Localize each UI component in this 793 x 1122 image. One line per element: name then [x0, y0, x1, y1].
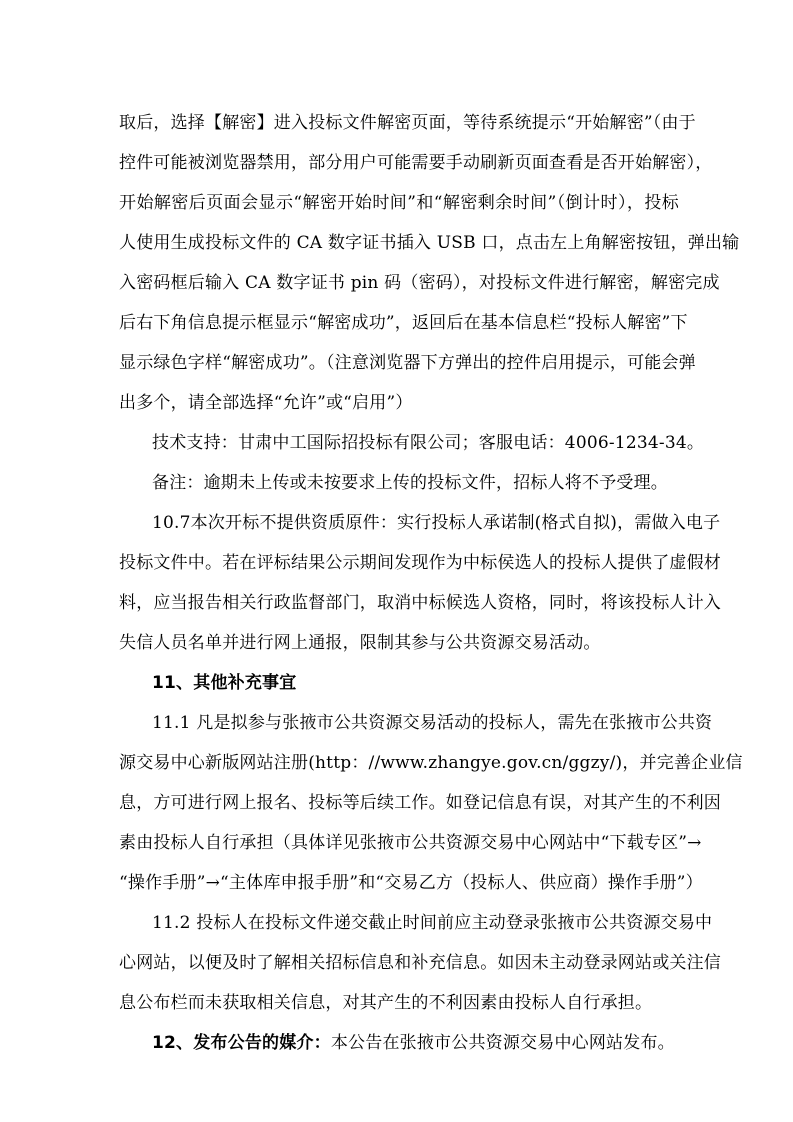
- text-line: 10.7本次开标不提供资质原件：实行投标人承诺制(格式自拟)，需做入电子: [152, 513, 679, 533]
- text-line: 人使用生成投标文件的 CA 数字证书插入 USB 口，点击左上角解密按钮，弹出输: [119, 233, 679, 253]
- text-line: 后右下角信息提示框显示“解密成功”，返回后在基本信息栏“投标人解密”下: [119, 313, 679, 333]
- text-line: 控件可能被浏览器禁用，部分用户可能需要手动刷新页面查看是否开始解密），: [119, 153, 679, 173]
- text-line: 息，方可进行网上报名、投标等后续工作。如登记信息有误，对其产生的不利因: [119, 793, 679, 813]
- text-line: 备注：逾期未上传或未按要求上传的投标文件，招标人将不予受理。: [152, 473, 712, 493]
- document-page: 取后，选择【解密】进入投标文件解密页面，等待系统提示“开始解密”（由于控件可能被…: [0, 0, 793, 1122]
- text-line: 显示绿色字样“解密成功”。（注意浏览器下方弹出的控件启用提示，可能会弹: [119, 353, 679, 373]
- section-12-text: 本公告在张掖市公共资源交易中心网站发布。: [331, 1033, 675, 1053]
- section-12-paragraph: 12、发布公告的媒介：本公告在张掖市公共资源交易中心网站发布。: [152, 1033, 712, 1053]
- text-line: 素由投标人自行承担（具体详见张掖市公共资源交易中心网站中“下载专区”→: [119, 833, 679, 853]
- text-line: 开始解密后页面会显示“解密开始时间”和“解密剩余时间”（倒计时），投标: [119, 193, 679, 213]
- section-11-heading: 11、其他补充事宜: [152, 673, 712, 693]
- section-12-heading: 12、发布公告的媒介：: [152, 1033, 331, 1053]
- text-line: 出多个，请全部选择“允许”或“启用”）: [119, 393, 679, 413]
- text-line: 11.1 凡是拟参与张掖市公共资源交易活动的投标人，需先在张掖市公共资: [152, 713, 679, 733]
- text-line: 息公布栏而未获取相关信息，对其产生的不利因素由投标人自行承担。: [119, 993, 679, 1013]
- text-line: 料，应当报告相关行政监督部门，取消中标候选人资格，同时，将该投标人计入: [119, 593, 679, 613]
- text-line: 源交易中心新版网站注册(http：//www.zhangye.gov.cn/gg…: [119, 753, 679, 773]
- text-line: 技术支持：甘肃中工国际招投标有限公司；客服电话：4006-1234-34。: [152, 433, 712, 453]
- text-line: 投标文件中。若在评标结果公示期间发现作为中标侯选人的投标人提供了虚假材: [119, 553, 679, 573]
- text-line: 取后，选择【解密】进入投标文件解密页面，等待系统提示“开始解密”（由于: [119, 113, 679, 133]
- text-line: 11.2 投标人在投标文件递交截止时间前应主动登录张掖市公共资源交易中: [152, 913, 679, 933]
- text-line: 心网站，以便及时了解相关招标信息和补充信息。如因未主动登录网站或关注信: [119, 953, 679, 973]
- text-line: 入密码框后输入 CA 数字证书 pin 码（密码），对投标文件进行解密，解密完成: [119, 273, 679, 293]
- text-line: “操作手册”→“主体库申报手册”和“交易乙方（投标人、供应商）操作手册”）: [119, 873, 679, 893]
- text-line: 失信人员名单并进行网上通报，限制其参与公共资源交易活动。: [119, 633, 679, 653]
